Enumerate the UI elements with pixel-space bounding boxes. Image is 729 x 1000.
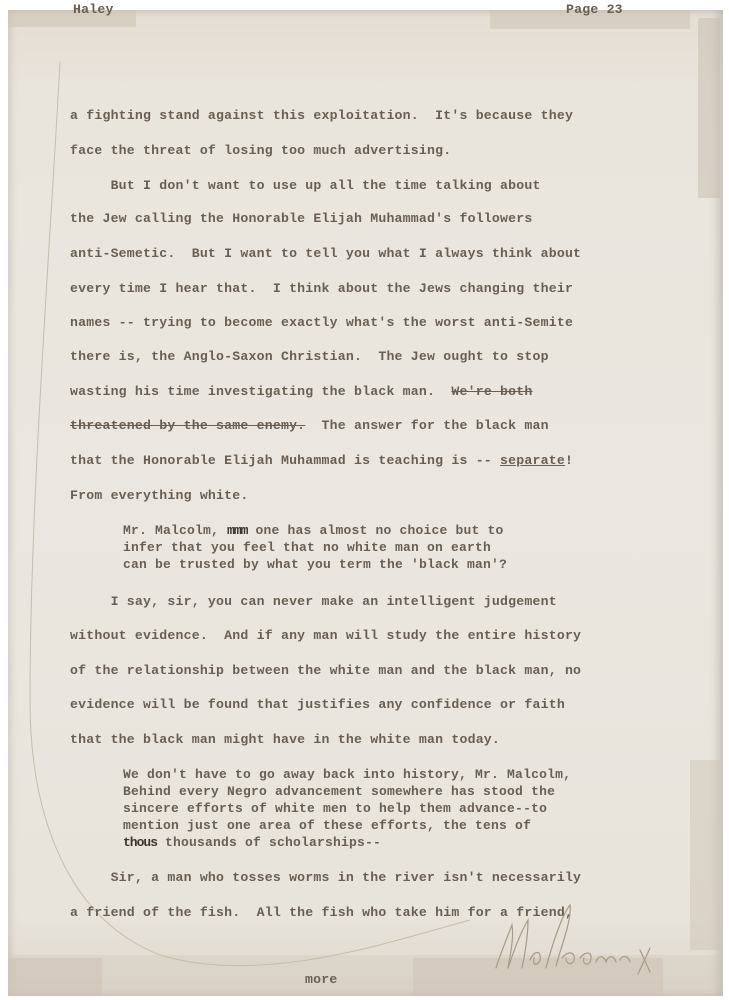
header-author: Haley bbox=[73, 2, 114, 17]
question-text: thousands of scholarships-- bbox=[157, 835, 381, 850]
body-text: ! bbox=[565, 453, 573, 468]
tape-strip-bottom-right bbox=[413, 958, 663, 996]
body-line: evidence will be found that justifies an… bbox=[70, 697, 565, 712]
body-line: From everything white. bbox=[70, 488, 249, 503]
body-line: there is, the Anglo-Saxon Christian. The… bbox=[70, 349, 549, 364]
typed-over-text: mmm bbox=[227, 523, 247, 538]
body-line: that the Honorable Elijah Muhammad is te… bbox=[70, 453, 573, 468]
question-text: one has almost no choice but to bbox=[247, 523, 503, 538]
question-line: thous thousands of scholarships-- bbox=[123, 835, 381, 850]
question-line: mention just one area of these efforts, … bbox=[123, 818, 531, 833]
tape-strip-right-lower bbox=[690, 760, 720, 950]
body-line: wasting his time investigating the black… bbox=[70, 384, 533, 399]
struck-text: We're both bbox=[451, 384, 532, 399]
body-line: the Jew calling the Honorable Elijah Muh… bbox=[70, 211, 533, 226]
question-line: sincere efforts of white men to help the… bbox=[123, 801, 547, 816]
body-line: of the relationship between the white ma… bbox=[70, 663, 581, 678]
body-line: every time I hear that. I think about th… bbox=[70, 281, 573, 296]
question-line: We don't have to go away back into histo… bbox=[123, 767, 571, 782]
body-line: without evidence. And if any man will st… bbox=[70, 628, 581, 643]
question-line: Mr. Malcolm, mmm one has almost no choic… bbox=[123, 523, 503, 538]
question-line: Behind every Negro advancement somewhere… bbox=[123, 784, 555, 799]
question-text: Mr. Malcolm, bbox=[123, 523, 227, 538]
body-line: Sir, a man who tosses worms in the river… bbox=[70, 870, 581, 885]
body-line: But I don't want to use up all the time … bbox=[70, 178, 541, 193]
body-text: wasting his time investigating the black… bbox=[70, 384, 451, 399]
body-line: I say, sir, you can never make an intell… bbox=[70, 594, 557, 609]
body-text: The answer for the black man bbox=[305, 418, 548, 433]
struck-text: threatened by the same enemy. bbox=[70, 418, 305, 433]
body-line: a friend of the fish. All the fish who t… bbox=[70, 905, 573, 920]
question-line: infer that you feel that no white man on… bbox=[123, 540, 491, 555]
body-line: face the threat of losing too much adver… bbox=[70, 143, 451, 158]
body-line: names -- trying to become exactly what's… bbox=[70, 315, 573, 330]
body-line: anti-Semetic. But I want to tell you wha… bbox=[70, 246, 581, 261]
typed-over-text: thous bbox=[123, 835, 157, 850]
body-line: threatened by the same enemy. The answer… bbox=[70, 418, 549, 433]
tape-strip-top-left bbox=[8, 10, 136, 27]
body-line: that the black man might have in the whi… bbox=[70, 732, 500, 747]
tape-strip-bottom-left bbox=[8, 958, 102, 996]
question-line: can be trusted by what you term the 'bla… bbox=[123, 557, 507, 572]
body-text: that the Honorable Elijah Muhammad is te… bbox=[70, 453, 500, 468]
tape-strip-right-upper bbox=[698, 18, 720, 198]
underlined-word: separate bbox=[500, 453, 565, 468]
body-line: a fighting stand against this exploitati… bbox=[70, 108, 573, 123]
continuation-marker: more bbox=[305, 972, 337, 987]
header-page-number: Page 23 bbox=[566, 2, 623, 17]
